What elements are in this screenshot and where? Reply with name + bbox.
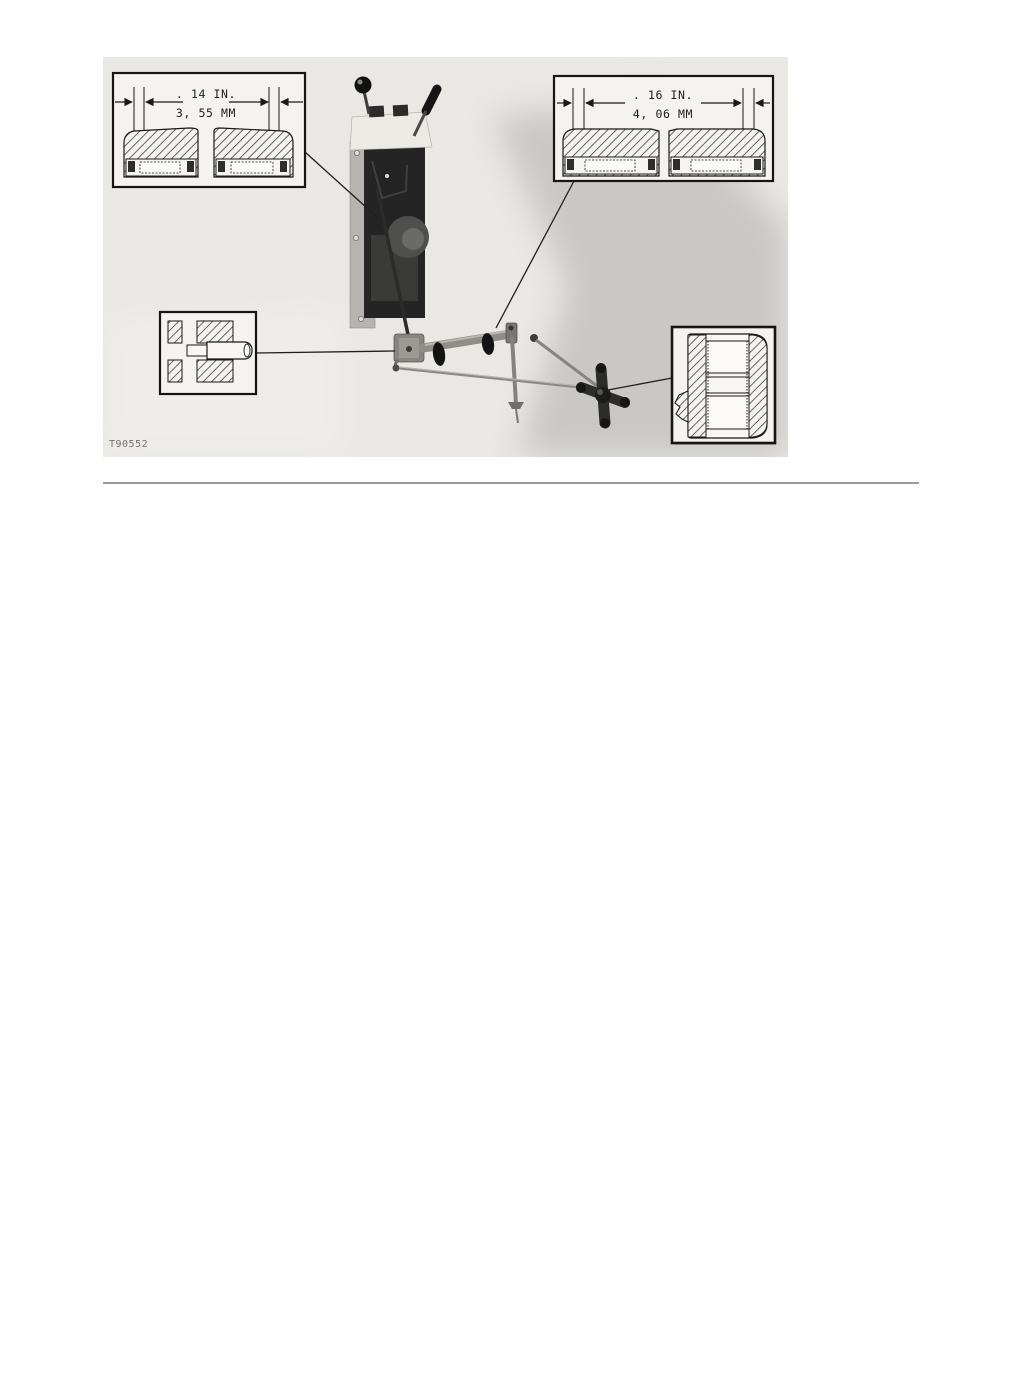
- seal-section-right: [669, 129, 765, 176]
- bolt-hole: [353, 235, 358, 240]
- link-collar: [508, 402, 524, 409]
- section-divider: [103, 482, 919, 484]
- knob-highlight: [358, 80, 363, 85]
- dimension-inches: . 14 IN.: [176, 87, 236, 101]
- link-rod-tip: [516, 409, 518, 423]
- seal-section-left: [563, 129, 659, 176]
- callout-top-right: . 16 IN. 4, 06 MM: [554, 76, 773, 181]
- figure-image: . 14 IN. 3, 55 MM: [103, 57, 788, 457]
- bolt-hole: [354, 150, 359, 155]
- dimension-mm: 3, 55 MM: [176, 106, 236, 120]
- top-housing: [350, 112, 432, 150]
- pin-section: [187, 342, 252, 359]
- shift-lever-shaft: [364, 91, 369, 114]
- shift-linkage-diagram: . 14 IN. 3, 55 MM: [103, 57, 788, 457]
- callout-mid-left: [160, 312, 256, 394]
- bolt-hole: [358, 316, 363, 321]
- bail-pin: [385, 174, 389, 178]
- callout-top-left: . 14 IN. 3, 55 MM: [113, 73, 305, 187]
- figure-id: T90552: [109, 439, 148, 450]
- lever-slot: [393, 105, 409, 117]
- shift-lever-knob: [355, 77, 372, 94]
- callout-bottom-right: [672, 327, 776, 445]
- rod-ball-end: [393, 365, 400, 372]
- dimension-mm: 4, 06 MM: [633, 107, 693, 121]
- clevis-bolt: [509, 326, 514, 331]
- lever-slot: [369, 106, 385, 118]
- seal-section-left: [124, 128, 198, 177]
- casting-boss-inner: [402, 228, 424, 250]
- manual-page: . 14 IN. 3, 55 MM: [0, 0, 1024, 1380]
- hand-lever-grip: [426, 89, 437, 111]
- pivot-bolt: [406, 346, 412, 352]
- vertical-link: [512, 337, 516, 404]
- dimension-inches: . 16 IN.: [633, 88, 693, 102]
- seal-section-right: [214, 128, 293, 177]
